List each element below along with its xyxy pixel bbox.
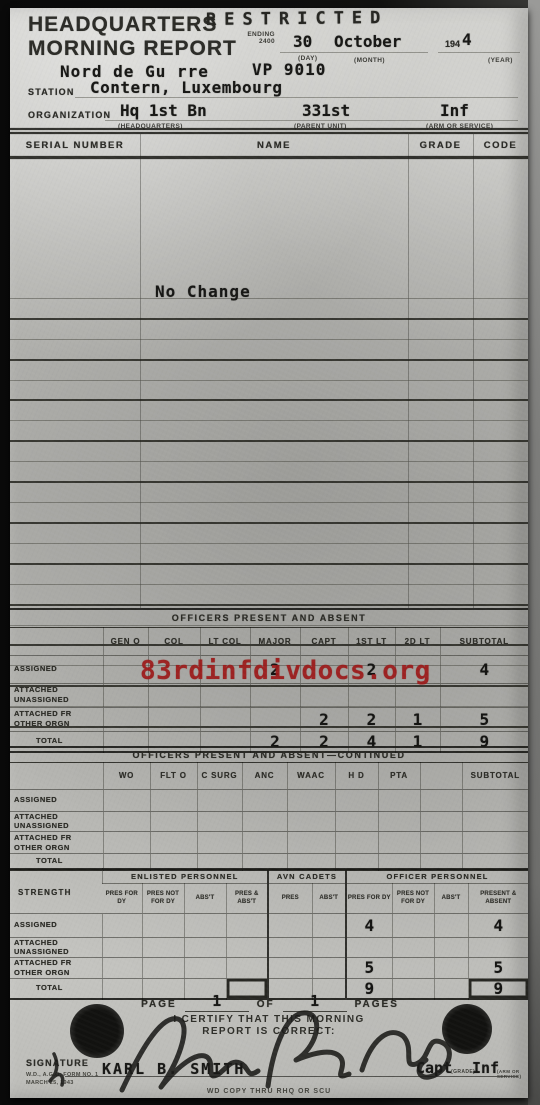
date-year: 4 — [462, 30, 472, 49]
page-number-field: 1 — [185, 992, 249, 1012]
value-cell: 5 — [468, 958, 528, 979]
roster-empty-row — [10, 401, 528, 442]
value-cell: 4 — [468, 913, 528, 937]
value-cell — [148, 683, 200, 707]
value-cell — [148, 707, 200, 731]
roster-empty-row — [10, 483, 528, 524]
ending-label: ENDING 2400 — [241, 31, 275, 45]
value-cell: 9 — [468, 978, 528, 999]
org-parent-unit-value: 331st — [302, 101, 350, 120]
column-header: GEN O — [103, 627, 148, 655]
sub-column-header: PRES NOT FOR DY — [392, 883, 434, 913]
roster-empty-row — [10, 524, 528, 565]
row-label: ASSIGNED — [10, 655, 103, 683]
column-header: 1ST LT — [348, 627, 395, 655]
roster-col-name: NAME — [140, 140, 408, 151]
hole-punch-right — [442, 1004, 492, 1054]
value-cell: 1 — [395, 707, 440, 731]
officers-continued-table: OFFICERS PRESENT AND ABSENT—CONTINUED WO… — [10, 746, 528, 871]
sub-column-header: PRES — [268, 883, 312, 913]
officers-table-title: OFFICERS PRESENT AND ABSENT — [10, 609, 528, 627]
column-header: CAPT — [300, 627, 348, 655]
row-label — [10, 627, 103, 655]
column-header: COL — [148, 627, 200, 655]
value-cell: 5 — [440, 707, 528, 731]
column-header: H D — [335, 762, 378, 789]
map-coordinates: VP 9010 — [252, 60, 326, 79]
roster-empty-row — [10, 565, 528, 606]
form-title-line1: HEADQUARTERS — [28, 13, 217, 37]
column-header: C SURG — [197, 762, 242, 789]
sub-column-header: PRES FOR DY — [346, 883, 392, 913]
signature-label: SIGNATURE — [26, 1058, 89, 1068]
roster-col-serial: SERIAL NUMBER — [10, 140, 140, 151]
row-label: ASSIGNED — [10, 913, 102, 937]
form-id-line2: MARCH 25, 1943 — [26, 1080, 74, 1086]
column-header: MAJOR — [250, 627, 300, 655]
org-arm-value: Inf — [440, 101, 469, 120]
restricted-stamp: RESTRICTED — [206, 8, 389, 30]
roster-entry: No Change — [155, 282, 251, 301]
value-cell: 4 — [346, 913, 392, 937]
sub-column-header: ABS'T — [184, 883, 226, 913]
column-header: PTA — [378, 762, 420, 789]
roster-col-grade: GRADE — [408, 140, 473, 151]
station-value: Contern, Luxembourg — [90, 78, 283, 97]
row-label: ATTACHED UNASSIGNED — [10, 937, 102, 958]
strength-corner-label: STRENGTH — [10, 869, 102, 913]
pages-total-field: 1 — [283, 992, 347, 1012]
row-label: ATTACHED FR OTHER ORGN — [10, 832, 103, 854]
row-label: ATTACHED FR OTHER ORGN — [10, 707, 103, 731]
column-header: FLT O — [150, 762, 197, 789]
signer-grade: Capt — [416, 1059, 452, 1077]
column-header: LT COL — [200, 627, 250, 655]
form-title-line2: MORNING REPORT — [28, 37, 237, 61]
form-paper: HEADQUARTERS RESTRICTED MORNING REPORT E… — [10, 8, 528, 1098]
arm-caption: (ARM OR SERVICE) — [497, 1069, 528, 1079]
sub-column-header: PRES NOT FOR DY — [142, 883, 184, 913]
sub-column-header: ABS'T — [434, 883, 468, 913]
copy-routing-note: WD COPY THRU RHQ OR SCU — [119, 1088, 419, 1095]
value-cell — [440, 683, 528, 707]
hole-punch-left — [70, 1004, 124, 1058]
sub-column-header: PRES FOR DY — [102, 883, 142, 913]
roster-section: SERIAL NUMBER NAME GRADE CODE No Change — [10, 128, 528, 608]
row-label — [10, 762, 103, 789]
group-enlisted: ENLISTED PERSONNEL — [102, 869, 268, 883]
certify-line1: I CERTIFY THAT THIS MORNING — [119, 1014, 419, 1025]
group-avn-cadets: AVN CADETS — [268, 869, 346, 883]
signed-name: KARL B. SMITH — [102, 1060, 245, 1078]
value-cell — [250, 683, 300, 707]
org-headquarters-value: Hq 1st Bn — [120, 101, 207, 120]
station-label: STATION — [28, 87, 75, 97]
pages-label: PAGES — [355, 999, 399, 1012]
officers-continued-title: OFFICERS PRESENT AND ABSENT—CONTINUED — [10, 747, 528, 762]
watermark: 83rdinfdivdocs.org — [140, 656, 431, 686]
strength-table: STRENGTH ENLISTED PERSONNEL AVN CADETS O… — [10, 868, 528, 1000]
roster-empty-row — [10, 320, 528, 361]
value-cell — [348, 683, 395, 707]
value-cell — [200, 683, 250, 707]
value-cell — [250, 707, 300, 731]
value-cell — [300, 683, 348, 707]
date-month: October — [334, 32, 401, 51]
roster-empty-row — [10, 442, 528, 483]
page-label: PAGE — [141, 999, 177, 1012]
sub-column-header: PRES & ABS'T — [226, 883, 268, 913]
certify-line2: REPORT IS CORRECT: — [119, 1026, 419, 1037]
organization-label: ORGANIZATION — [28, 110, 111, 120]
sub-column-header: PRESENT & ABSENT — [468, 883, 528, 913]
value-cell: 2 — [300, 707, 348, 731]
page-count-line: PAGE 1 OF 1 PAGES — [70, 992, 470, 1012]
row-label: ASSIGNED — [10, 789, 103, 811]
column-header — [420, 762, 462, 789]
scanned-morning-report: { "header": { "title_line1": "HEADQUARTE… — [0, 0, 540, 1105]
date-day: 30 — [293, 32, 312, 51]
sub-column-header: ABS'T — [312, 883, 346, 913]
row-label: ATTACHED UNASSIGNED — [10, 683, 103, 707]
year-prefix: 194 — [445, 39, 460, 49]
column-header: WO — [103, 762, 150, 789]
value-cell — [103, 707, 148, 731]
value-cell: 2 — [348, 707, 395, 731]
column-header: SUBTOTAL — [440, 627, 528, 655]
value-cell — [103, 683, 148, 707]
value-cell — [395, 683, 440, 707]
roster-col-code: CODE — [473, 140, 528, 151]
column-header: 2D LT — [395, 627, 440, 655]
value-cell: 4 — [440, 655, 528, 683]
group-officer: OFFICER PERSONNEL — [346, 869, 528, 883]
of-label: OF — [257, 999, 275, 1012]
roster-empty-row — [10, 361, 528, 402]
row-label: ATTACHED FR OTHER ORGN — [10, 958, 102, 979]
column-header: SUBTOTAL — [462, 762, 528, 789]
form-id-line1: W.D., A.G.O. FORM NO. 1 — [26, 1072, 98, 1078]
roster-entry-row: No Change — [10, 279, 528, 320]
value-cell — [200, 707, 250, 731]
signer-arm: Inf — [472, 1059, 499, 1077]
year-caption: (YEAR) — [488, 57, 513, 64]
row-label: ATTACHED UNASSIGNED — [10, 811, 103, 832]
scan-edge — [528, 0, 540, 1105]
column-header: WAAC — [287, 762, 335, 789]
value-cell: 5 — [346, 958, 392, 979]
column-header: ANC — [242, 762, 287, 789]
month-caption: (MONTH) — [354, 57, 385, 64]
